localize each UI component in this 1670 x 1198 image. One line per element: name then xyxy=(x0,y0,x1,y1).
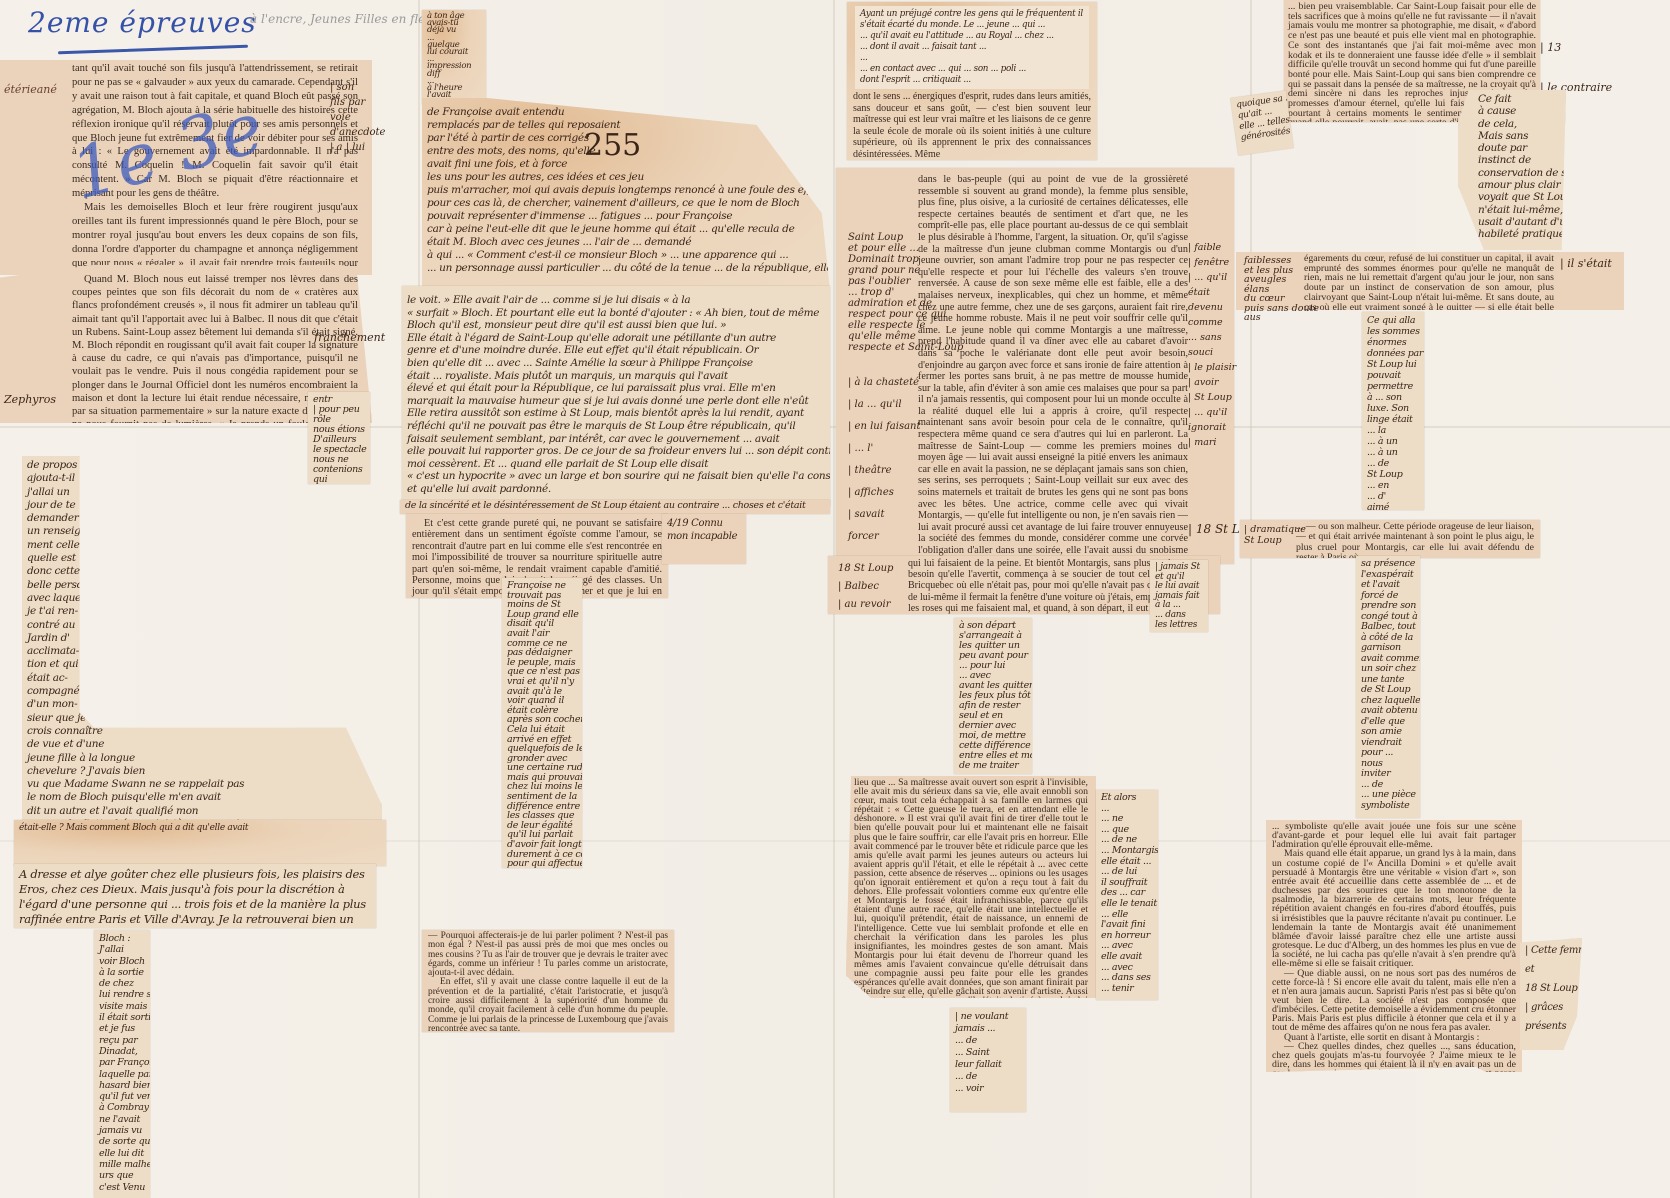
handwritten-L-fragment: de proposajouta-t-ilj'allai unjour de te… xyxy=(22,456,382,844)
tall-strip-col4-lower: sa présencel'exaspéraitet l'avaitforcé d… xyxy=(1356,556,1420,818)
margin-annotation-block: faiblesseset les plusaveuglesélansdu cœu… xyxy=(1244,256,1319,323)
right-annotation-slip: Et alors...... ne... que... de ne... Mon… xyxy=(1096,790,1158,1000)
fold-line xyxy=(1250,0,1252,1198)
manuscript-tall-strip: à ton âgeavais-tudéjà vu...quelquelui co… xyxy=(422,10,486,105)
margin-note: franchement xyxy=(314,330,385,345)
handwritten-T-slip: Bloch :J'allaivoir Blochà la sortiede ch… xyxy=(94,930,150,1198)
margin-note: | il s'était xyxy=(1560,256,1612,271)
tall-strip-col4-upper: Ce qui allales sommesénormesdonnées parS… xyxy=(1362,312,1424,510)
margin-annotation-block: | à la chasteté| la ... qu'il| en lui fa… xyxy=(848,372,921,548)
margin-annotation-block: 18 St Loup| Balbec| au revoir xyxy=(838,560,893,614)
printed-text: — Pourquoi affecterais-je de lui parler … xyxy=(422,930,674,1032)
handwritten-bottom-strip: A dresse et alye goûter chez elle plusie… xyxy=(14,864,376,928)
margin-note: | son fils par voie d'anecdote | a | lui xyxy=(330,80,370,155)
right-slip-bottom-col4: | Cette femme et18 St Loup| grâces prése… xyxy=(1520,938,1582,1050)
fold-line xyxy=(418,0,420,1198)
margin-annotation-block: Saint Loupet pour elle ...Dominait tropg… xyxy=(848,232,963,353)
margin-note: Zephyros xyxy=(4,392,56,407)
margin-annotation-block: | dramatique St Loup xyxy=(1244,524,1306,546)
title-underline xyxy=(58,45,248,55)
margin-note: étérieané xyxy=(4,82,57,97)
proof-bottom-col4: ... symboliste qu'elle avait jouée une f… xyxy=(1266,820,1522,1072)
right-margin-slip: | jamais St et qu'il le lui avait jamais… xyxy=(1150,560,1208,632)
pencil-note: à l'encre, Jeunes Filles en fleurs xyxy=(250,12,445,26)
bottom-handwritten-slip: | ne voulantjamais ...... de... Saintleu… xyxy=(950,1008,1026,1112)
printed-text: ... symboliste qu'elle avait jouée une f… xyxy=(1266,820,1522,1072)
printed-strip: de la sincérité et le désintéressement d… xyxy=(400,500,830,514)
manuscript-big-fragment: de Françoise avait entenduremplacés par … xyxy=(422,98,830,290)
proof-top-col3: Ayant un préjugé contre les gens qui le … xyxy=(847,2,1097,160)
title-annotation: 2eme épreuves xyxy=(28,6,257,39)
printed-proof-aristocrat: — Pourquoi affecterais-je de lui parler … xyxy=(422,930,674,1032)
margin-annotation-block: | faible| fenêtre| ... qu'il était deven… xyxy=(1188,240,1236,450)
handwritten-strip: était-elle ? Mais comment Bloch qui a di… xyxy=(14,820,386,866)
handwritten-slip: entr| pour peurôlenous étionsD'ailleursl… xyxy=(308,392,370,484)
margin-slip: 4/19 Connu mon incapable xyxy=(662,514,746,564)
small-handwritten-slip: à son départs'arrangeait àles quitter un… xyxy=(954,618,1032,774)
proof-lower-col3: lieu que ... Sa maîtresse avait ouvert s… xyxy=(846,776,1096,998)
left-slip-col4: quoique sa ...qu'ait ...elle ... tellesg… xyxy=(1230,90,1294,155)
manuscript-lower-fragment: le voit. » Elle avait l'air de ... comme… xyxy=(402,286,830,506)
page-number: 255 xyxy=(584,128,641,163)
manuscript-board: 2eme épreuves à l'encre, Jeunes Filles e… xyxy=(0,0,1670,1198)
printed-text: lieu que ... Sa maîtresse avait ouvert s… xyxy=(846,776,1096,998)
right-slip-col4: Ce faità causede cela,Mais sansdoute par… xyxy=(1458,90,1566,250)
francoise-slip: Françoise netrouvait pasmoins de StLoup … xyxy=(502,578,582,868)
